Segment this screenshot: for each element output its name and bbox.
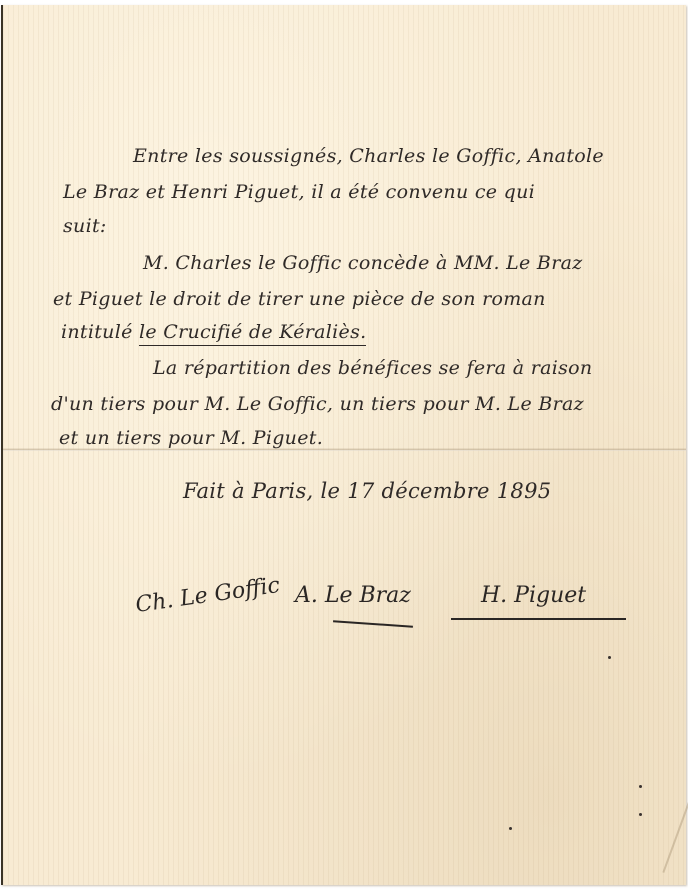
dateline: Fait à Paris, le 17 décembre 1895 xyxy=(183,479,551,503)
letter-paper: Entre les soussignés, Charles le Goffic,… xyxy=(1,5,686,885)
paragraph-2-line-3: intitulé le Crucifié de Kéraliès. xyxy=(61,321,366,343)
ink-speck xyxy=(639,785,642,788)
paragraph-1-line-1: Entre les soussignés, Charles le Goffic,… xyxy=(133,145,604,167)
corner-crease xyxy=(662,797,688,873)
ink-speck xyxy=(639,813,642,816)
paragraph-2-line-2: et Piguet le droit de tirer une pièce de… xyxy=(53,288,546,310)
paragraph-3-line-2: d'un tiers pour M. Le Goffic, un tiers p… xyxy=(51,393,584,415)
ink-speck xyxy=(608,656,611,659)
signature-piguet-underline xyxy=(451,618,626,620)
paragraph-3-line-3: et un tiers pour M. Piguet. xyxy=(59,427,323,449)
title-intro: intitulé xyxy=(61,321,133,343)
paragraph-2-line-1: M. Charles le Goffic concède à MM. Le Br… xyxy=(143,252,583,274)
ink-speck xyxy=(509,827,512,830)
signature-le-braz-flourish xyxy=(333,620,413,627)
paragraph-3-line-1: La répartition des bénéfices se fera à r… xyxy=(153,357,592,379)
signature-le-braz: A. Le Braz xyxy=(295,583,411,608)
signature-le-goffic: Ch. Le Goffic xyxy=(134,573,281,618)
paragraph-1-line-3: suit: xyxy=(63,215,107,237)
paragraph-1-line-2: Le Braz et Henri Piguet, il a été conven… xyxy=(63,181,535,203)
signature-piguet: H. Piguet xyxy=(481,583,586,608)
novel-title: le Crucifié de Kéraliès. xyxy=(139,321,367,346)
